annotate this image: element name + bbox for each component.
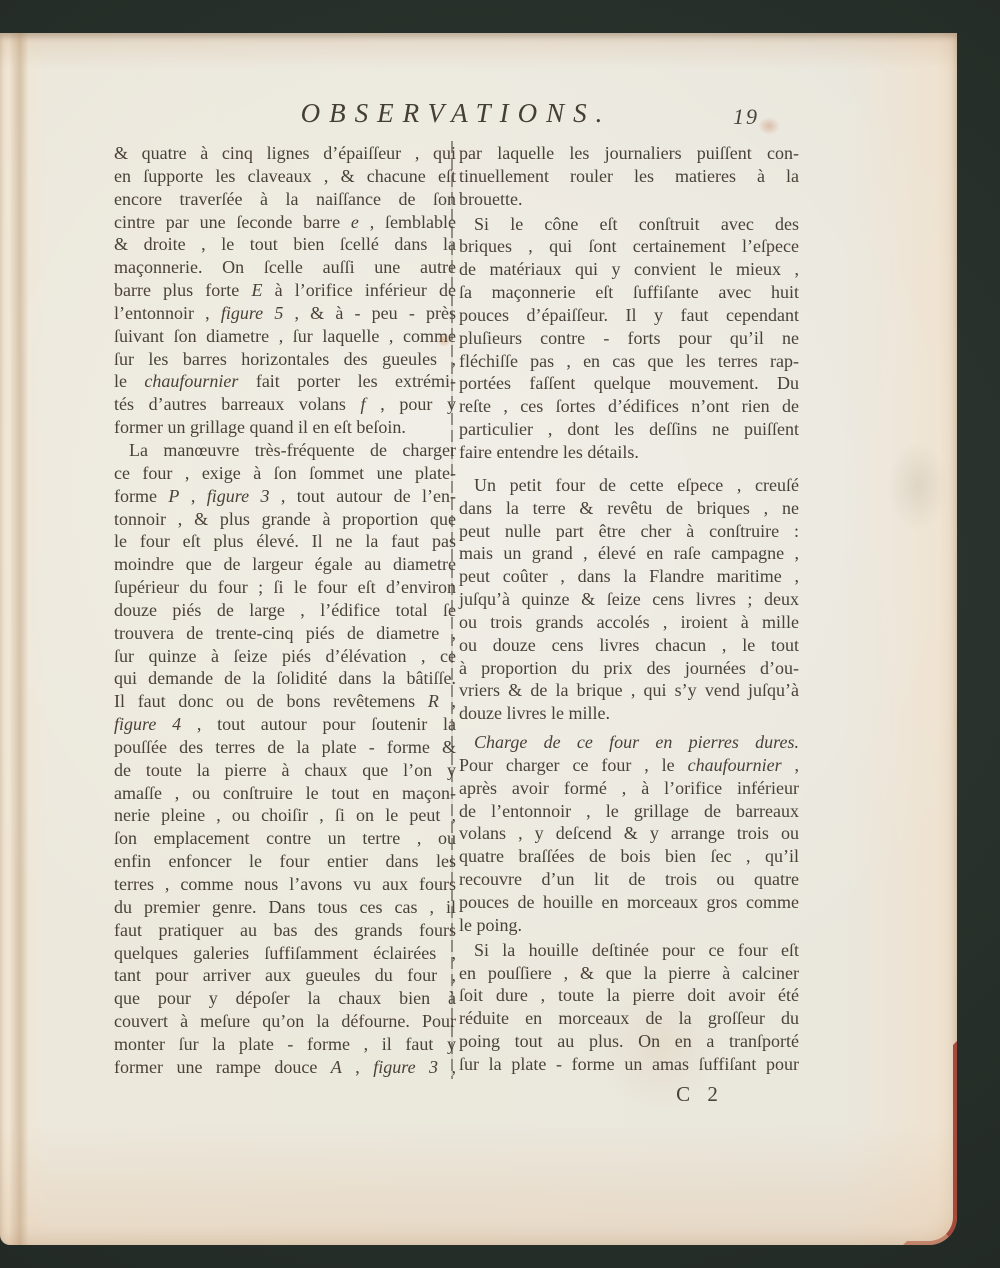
text-line: douze piés de large , l’édifice total ſe [114,599,456,622]
text-line: ce four , exige à ſon ſommet une plate- [114,462,456,485]
text-line: l’entonnoir , figure 5 , & à - peu - prè… [114,302,456,325]
text-line: volans , y deſcend & y arrange trois ou [459,822,799,845]
text-line: couvert à meſure qu’on la défourne. Pour [114,1010,456,1033]
text-line: douze livres le mille. [459,702,799,725]
text-line: le chaufournier fait porter les extrémi- [114,370,456,393]
text-line: figure 4 , tout autour pour ſoutenir la [114,713,456,736]
text-line: juſqu’à quinze & ſeize cens livres ; deu… [459,588,799,611]
text-line: cintre par une ſeconde barre e , ſemblab… [114,211,456,234]
text-line: Pour charger ce four , le chaufournier , [459,754,799,777]
text-line: forme P , figure 3 , tout autour de l’en… [114,485,456,508]
text-line: maçonnerie. On ſcelle auſſi une autre [114,256,456,279]
page-number: 19 [733,104,793,130]
text-line: quatre braſſées de bois bien ſec , qu’il [459,845,799,868]
text-line: brouette. [459,188,799,211]
text-line: ou douze cens livres chacun , le tout [459,634,799,657]
text-line: portées faſſent quelque mouvement. Du [459,372,799,395]
text-line: mais un grand , élevé en raſe campagne , [459,542,799,565]
text-line: peut nulle part être cher à conſtruire : [459,520,799,543]
text-line: Si le cône eſt conſtruit avec des [459,213,799,236]
text-line: par laquelle les journaliers puiſſent co… [459,142,799,165]
text-line: du premier genre. Dans tous ces cas , il [114,896,456,919]
text-line: former un grillage quand il en eſt beſoi… [114,416,456,439]
text-line: nerie pleine , ou choiſir , ſi on le peu… [114,804,456,827]
text-line: enfin enfoncer le four entier dans les [114,850,456,873]
paper-stain [888,441,948,531]
text-line: ſon emplacement contre un tertre , ou [114,827,456,850]
text-line: le poing. [459,914,799,937]
text-line: le four eſt plus élevé. Il ne la faut pa… [114,530,456,553]
text-line: pluſieurs contre - forts pour qu’il ne [459,327,799,350]
text-line: moindre que de largeur égale au diametre [114,553,456,576]
text-line: ſur la plate - forme un amas ſuffiſant p… [459,1053,799,1076]
text-line: encore traverſée à la naiſſance de ſon [114,188,456,211]
text-line: à proportion du prix des journées d’ou- [459,657,799,680]
text-line: ſur les barres horizontales des gueules … [114,348,456,371]
text-line: former une rampe douce A , figure 3 , [114,1056,456,1079]
text-line: Charge de ce four en pierres dures. [459,731,799,754]
text-line: faut pratiquer au bas des grands fours [114,919,456,942]
text-line: tinuellement rouler les matieres à la [459,165,799,188]
text-column-right: par laquelle les journaliers puiſſent co… [459,142,799,1076]
text-line: ſupérieur du four ; ſi le four eſt d’env… [114,576,456,599]
text-line: monter ſur la plate - forme , il faut y [114,1033,456,1056]
text-line: en pouſſiere , & que la pierre à calcine… [459,962,799,985]
text-line: ſa maçonnerie eſt ſuffiſante avec huit [459,281,799,304]
text-line: tés d’autres barreaux volans f , pour y [114,393,456,416]
text-line: de toute la pierre à chaux que l’on y [114,759,456,782]
text-line: tonnoir , & plus grande à proportion que [114,508,456,531]
text-line: ſur quinze à ſeize piés d’élévation , ce [114,645,456,668]
scanned-book-photo: OBSERVATIONS. 19 & quatre à cinq lignes … [0,0,1000,1268]
text-line: après avoir formé , à l’orifice inférieu… [459,777,799,800]
text-line: pouces de houille en morceaux gros comme [459,891,799,914]
text-line: tant pour arriver aux gueules du four , [114,964,456,987]
text-line: Si la houille deſtinée pour ce four eſt [459,939,799,962]
binding-gutter-crease [10,33,28,1245]
text-line: recouvre d’un lit de trois ou quatre [459,868,799,891]
text-line: ou trois grands accolés , iroient à mill… [459,611,799,634]
text-line: en ſupporte les claveaux , & chacune eſt [114,165,456,188]
text-line: particulier , dont les deſſins ne puiſſe… [459,418,799,441]
text-line: dans la terre & revêtu de briques , ne [459,497,799,520]
text-line: & quatre à cinq lignes d’épaiſſeur , qui [114,142,456,165]
text-line: qui demande de la ſolidité dans la bâtiſ… [114,667,456,690]
text-line: pouſſée des terres de la plate - forme & [114,736,456,759]
red-fore-edge [903,1041,957,1245]
text-line: terres , comme nous l’avons vu aux fours [114,873,456,896]
text-line: vriers & de la brique , qui s’y vend juſ… [459,679,799,702]
text-line: fléchiſſe pas , en cas que les terres ra… [459,350,799,373]
text-line: pouces d’épaiſſeur. Il y faut cependant [459,304,799,327]
text-line: amaſſe , ou conſtruire le tout en maçon- [114,782,456,805]
text-line: ſuivant ſon diametre , ſur laquelle , co… [114,325,456,348]
signature-mark: C 2 [655,1082,745,1107]
text-line: faire entendre les détails. [459,441,799,464]
text-line: reſte , ces ſortes d’édifices n’ont rien… [459,395,799,418]
text-line: de l’entonnoir , le grillage de barreaux [459,800,799,823]
text-line: poing tout au plus. On en a tranſporté [459,1030,799,1053]
text-line: La manœuvre très-fréquente de charger [114,439,456,462]
text-line: de matériaux qui y convient le mieux , [459,258,799,281]
text-line: trouvera de trente-cinq piés de diametre… [114,622,456,645]
text-line: Il faut donc ou de bons revêtemens R , [114,690,456,713]
text-line: barre plus forte E à l’orifice inférieur… [114,279,456,302]
text-line: Un petit four de cette eſpece , creuſé [459,474,799,497]
running-header-title: OBSERVATIONS. [228,98,684,129]
text-line: ſoit dure , toute la pierre doit avoir é… [459,984,799,1007]
text-line: que pour y dépoſer la chaux bien à [114,987,456,1010]
text-line: réduite en morceaux de la groſſeur du [459,1007,799,1030]
text-column-left: & quatre à cinq lignes d’épaiſſeur , qui… [114,142,456,1079]
text-line: peut coûter , dans la Flandre maritime , [459,565,799,588]
text-line: quelques galeries ſuffiſamment éclairées… [114,942,456,965]
text-line: & droite , le tout bien ſcellé dans la [114,233,456,256]
text-line: briques , qui ſont certainement l’eſpece [459,235,799,258]
